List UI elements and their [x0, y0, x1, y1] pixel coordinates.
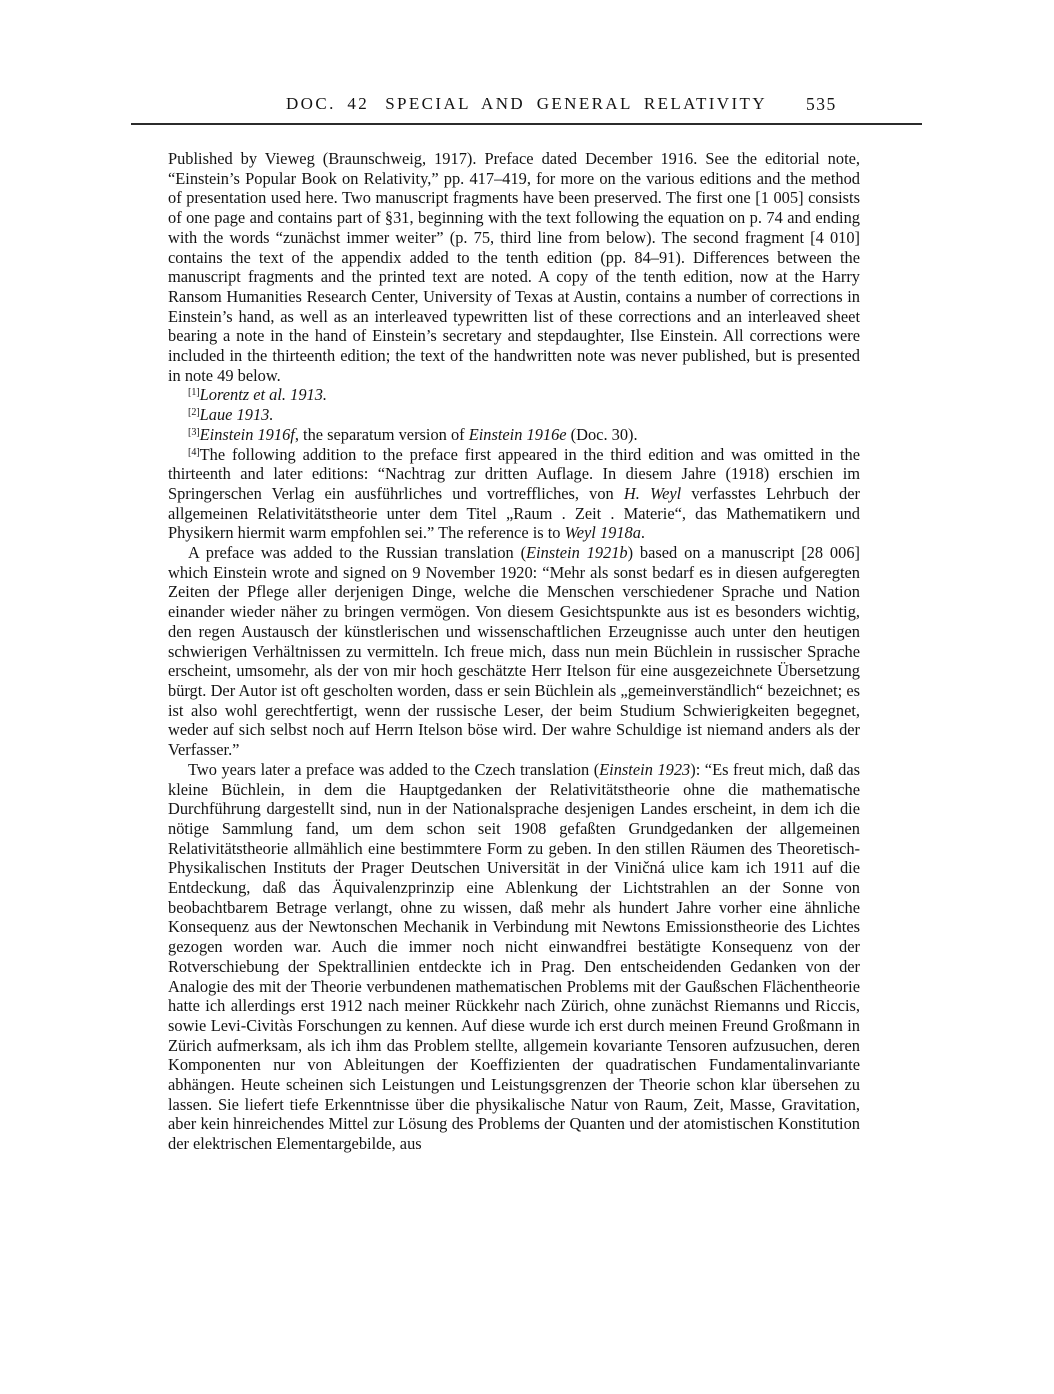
czech-preface-paragraph: Two years later a preface was added to t… — [168, 760, 860, 1154]
book-page: DOC. 42SPECIAL AND GENERAL RELATIVITY 53… — [0, 0, 1054, 1394]
running-head: DOC. 42SPECIAL AND GENERAL RELATIVITY — [131, 94, 922, 114]
text-block: Published by Vieweg (Braunschweig, 1917)… — [168, 149, 860, 1154]
page-number: 535 — [806, 94, 837, 115]
footnote-2: [2]Laue 1913. — [168, 405, 860, 425]
page-title: SPECIAL AND GENERAL RELATIVITY — [385, 94, 767, 113]
footnote-1: [1]Lorentz et al. 1913. — [168, 385, 860, 405]
russian-preface-paragraph: A preface was added to the Russian trans… — [168, 543, 860, 760]
header-rule — [131, 123, 922, 125]
editorial-note-paragraph: Published by Vieweg (Braunschweig, 1917)… — [168, 149, 860, 385]
footnote-4: [4]The following addition to the preface… — [168, 445, 860, 544]
footnote-3: [3]Einstein 1916f, the separatum version… — [168, 425, 860, 445]
doc-label: DOC. 42 — [286, 94, 369, 113]
